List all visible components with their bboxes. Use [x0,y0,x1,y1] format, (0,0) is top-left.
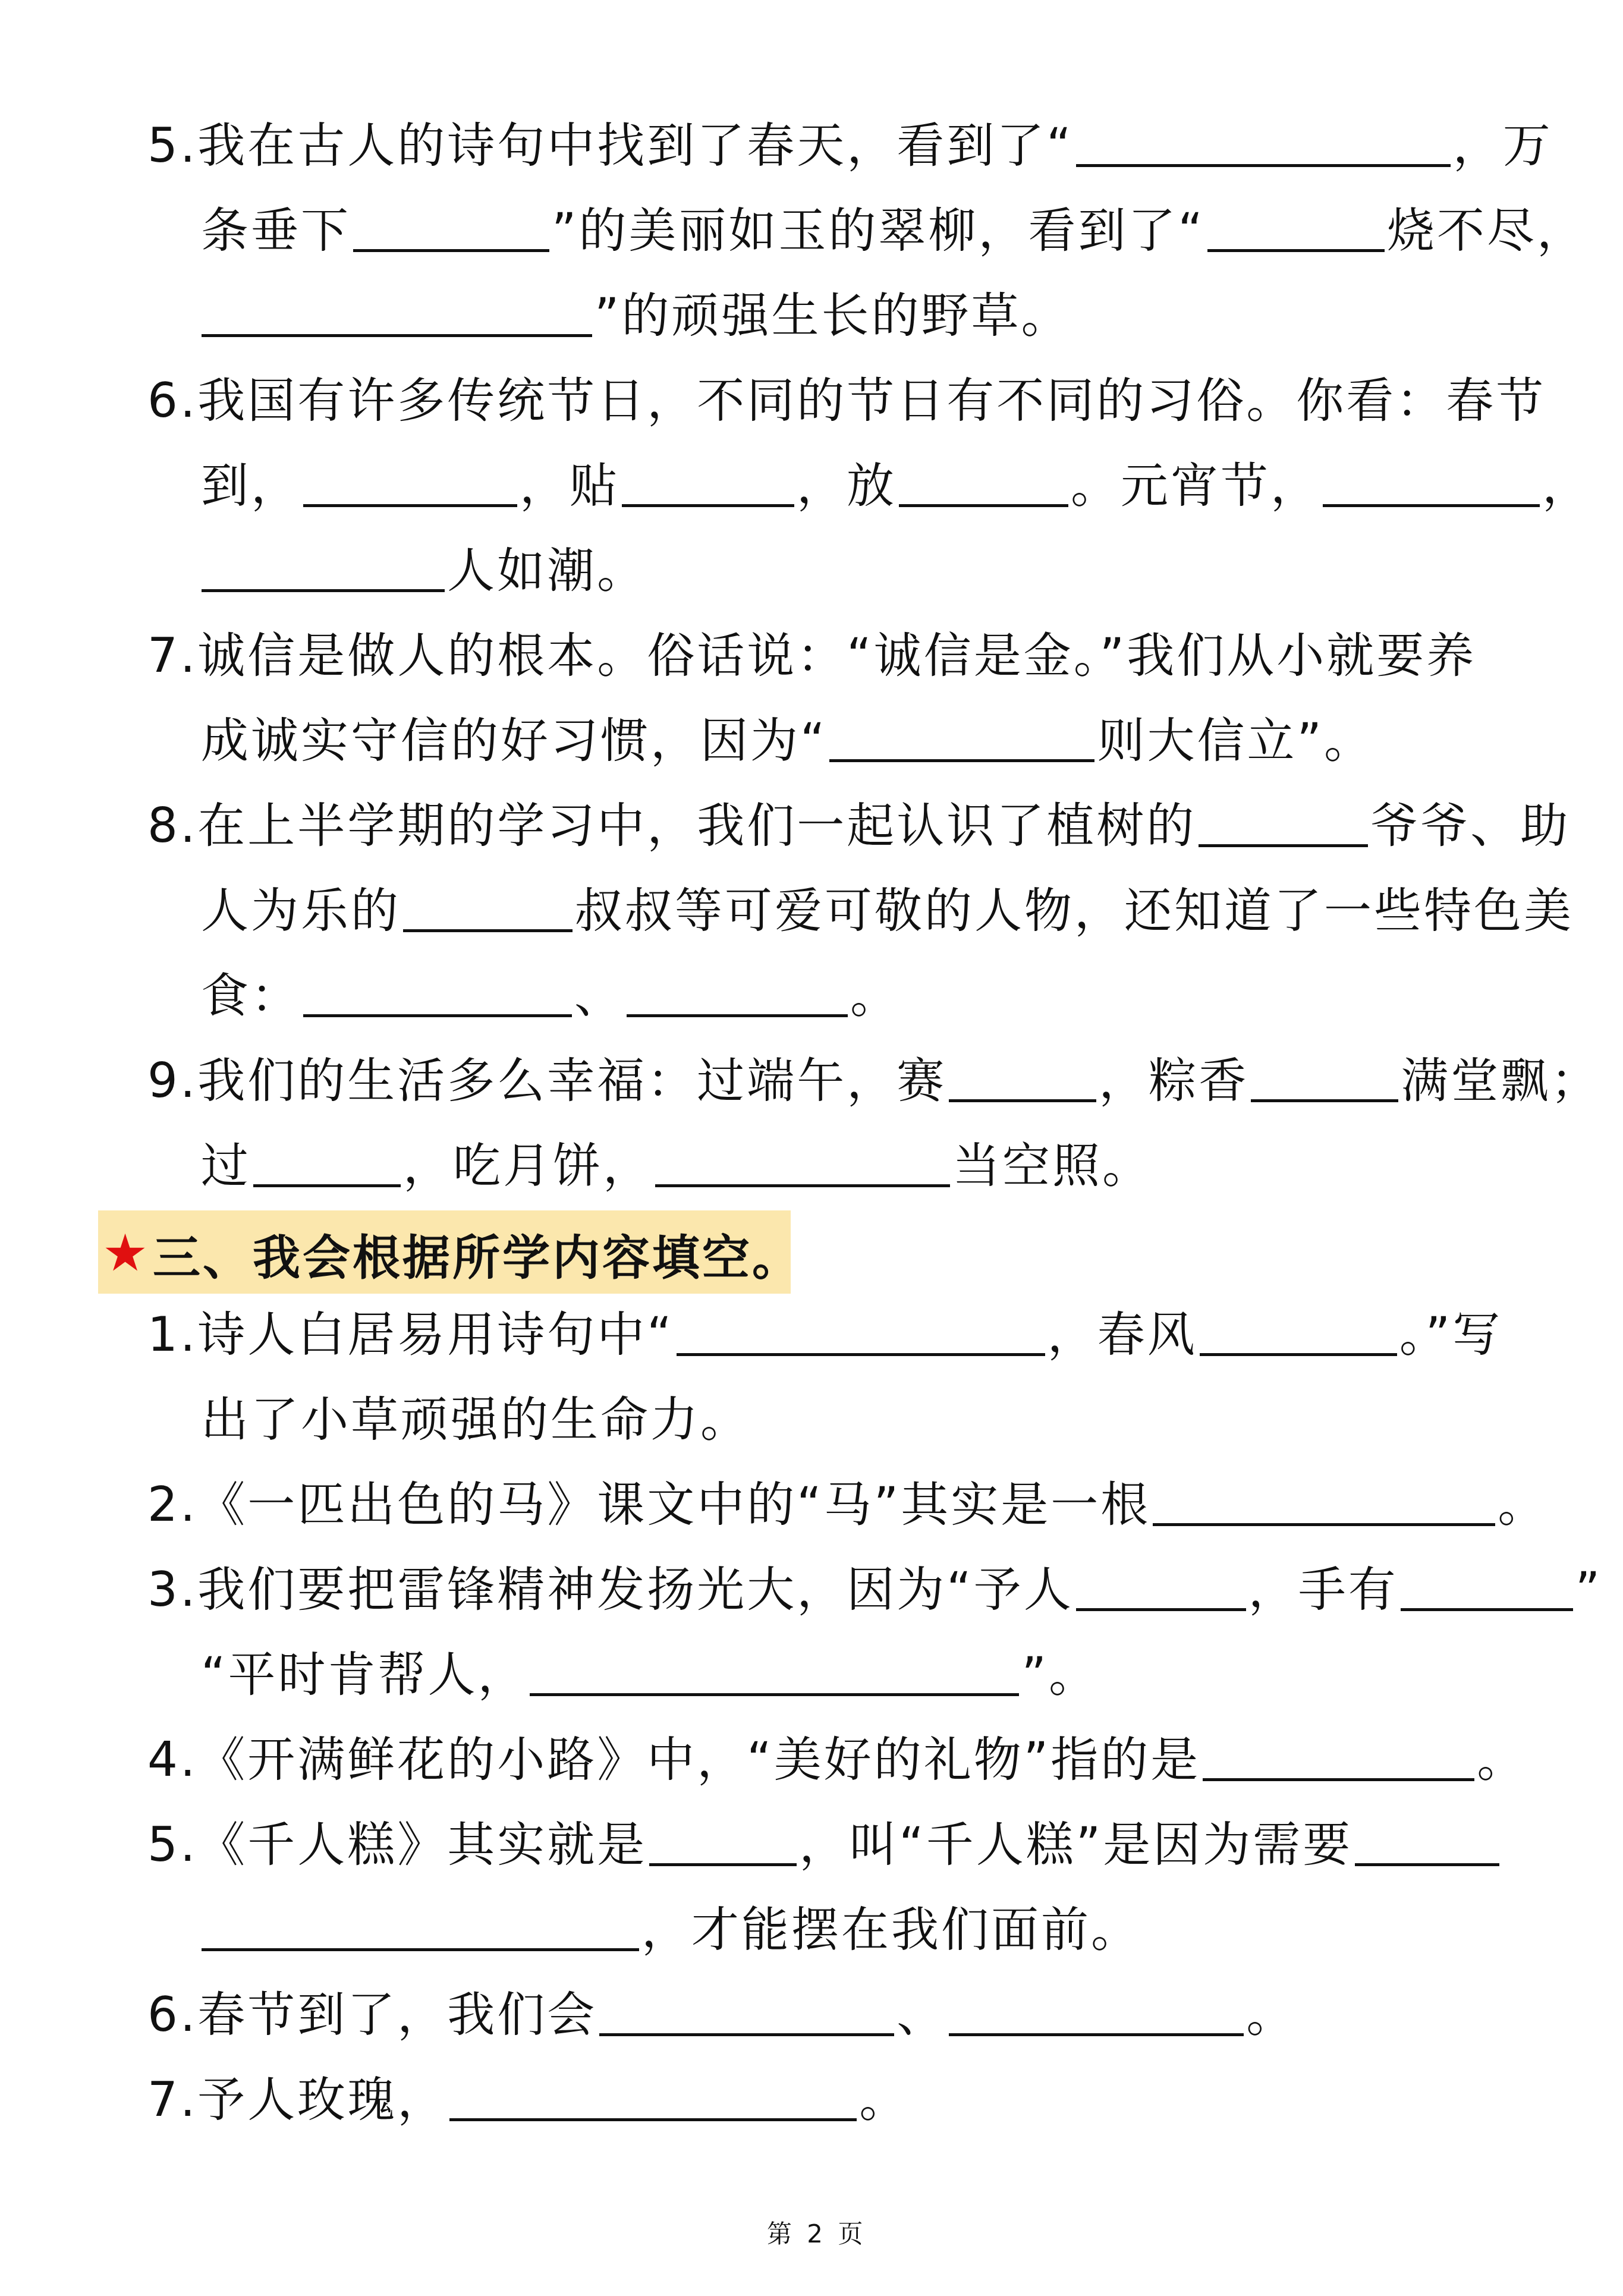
question-line-part3-5: 5.《千人糕》其实就是，叫“千人糕”是因为需要 [147,1809,1502,1874]
answer-blank[interactable] [1200,1353,1397,1356]
question-text: 当空照。 [952,1136,1152,1196]
question-line-part3-7: 7.予人玫瑰，。 [147,2064,909,2130]
answer-blank[interactable] [1203,1778,1474,1781]
question-text: 7.予人玫瑰， [147,2070,447,2130]
question-text: “平时肯帮人， [201,1645,527,1704]
question-text: 成诚实守信的好习惯，因为“ [201,711,827,770]
question-text: 食： [201,966,301,1026]
question-text: 4.《开满鲜花的小路》中，“美好的礼物”指的是 [147,1730,1200,1789]
answer-blank[interactable] [1355,1863,1499,1866]
question-text: 人为乐的 [201,881,401,941]
question-line-part3-1: 出了小草顽强的生命力。 [201,1384,750,1449]
question-text: 叔叔等可爱可敬的人物，还知道了一些特色美 [575,881,1574,941]
question-text: 。 [1498,1475,1547,1534]
question-line-part2-8: 8.在上半学期的学习中，我们一起认识了植树的爷爷、助 [147,790,1570,856]
answer-blank[interactable] [1153,1523,1495,1526]
answer-blank[interactable] [599,2033,894,2036]
answer-blank[interactable] [303,1014,572,1017]
question-line-part3-2: 2.《一匹出色的马》课文中的“马”其实是一根。 [147,1469,1547,1534]
question-text: 、 [897,1985,946,2045]
question-text: 人如潮。 [447,541,647,600]
answer-blank[interactable] [1251,1099,1398,1102]
answer-blank[interactable] [1076,1608,1246,1611]
question-text: ，贴 [520,456,619,515]
answer-blank[interactable] [622,504,794,507]
question-line-part3-4: 4.《开满鲜花的小路》中，“美好的礼物”指的是。 [147,1724,1527,1789]
question-line-part2-5: 5.我在古人的诗句中找到了春天，看到了“，万 [147,110,1553,175]
answer-blank[interactable] [627,1014,848,1017]
question-text: 6.春节到了，我们会 [147,1985,597,2045]
question-line-part2-6: 6.我国有许多传统节日，不同的节日有不同的习俗。你看：春节 [147,365,1546,430]
question-text: 。 [859,2070,909,2130]
answer-blank[interactable] [253,1184,401,1187]
question-text: 9.我们的生活多么幸福：过端午，赛 [147,1051,946,1111]
question-text: ，手有 [1248,1560,1398,1619]
answer-blank[interactable] [403,929,573,932]
question-text: ， [1542,456,1592,515]
question-text: 。 [1477,1730,1527,1789]
question-line-part2-7: 7.诚信是做人的根本。俗话说：“诚信是金。”我们从小就要养 [147,620,1476,685]
question-line-part2-6: 人如潮。 [199,535,647,600]
question-text: 则大信立”。 [1097,711,1373,770]
answer-blank[interactable] [530,1693,1019,1696]
answer-blank[interactable] [655,1184,950,1187]
answer-blank[interactable] [949,1099,1096,1102]
answer-blank[interactable] [202,589,445,592]
question-text: ，叫“千人糕”是因为需要 [799,1815,1352,1874]
question-text: 条垂下 [201,201,351,260]
question-line-part3-1: 1.诗人白居易用诗句中“，春风。”写 [147,1299,1502,1364]
question-text: 7.诚信是做人的根本。俗话说：“诚信是金。”我们从小就要养 [147,626,1476,685]
answer-blank[interactable] [1199,844,1368,847]
question-text: 。 [850,966,900,1026]
answer-blank[interactable] [202,1948,639,1951]
question-text: ，放 [797,456,897,515]
question-line-part2-5: 条垂下”的美丽如玉的翠柳，看到了“烧不尽， [201,195,1587,260]
answer-blank[interactable] [649,1863,797,1866]
question-text: 1.诗人白居易用诗句中“ [147,1305,674,1364]
answer-blank[interactable] [449,2118,857,2121]
section-title: 三、我会根据所学内容填空。 [153,1219,802,1288]
answer-blank[interactable] [1323,504,1540,507]
question-text: 过 [201,1136,251,1196]
star-icon: ★ [102,1224,150,1283]
question-text: 到， [201,456,301,515]
answer-blank[interactable] [303,504,517,507]
question-text: 烧不尽， [1387,201,1587,260]
question-text: ，粽香 [1099,1051,1248,1111]
question-line-part2-9: 9.我们的生活多么幸福：过端午，赛，粽香满堂飘； [147,1045,1600,1111]
question-text: ”的顽强生长的野草。 [595,286,1071,345]
question-line-part3-6: 6.春节到了，我们会、。 [147,1979,1296,2045]
question-text: 6.我国有许多传统节日，不同的节日有不同的习俗。你看：春节 [147,371,1546,430]
answer-blank[interactable] [829,759,1094,762]
question-text: 2.《一匹出色的马》课文中的“马”其实是一根 [147,1475,1150,1534]
page-number: 第 2 页 [767,2215,866,2250]
question-line-part3-3: 3.我们要把雷锋精神发扬光大，因为“予人，手有” [147,1554,1602,1619]
question-text: 。”写 [1399,1305,1502,1364]
question-text: ”的美丽如玉的翠柳，看到了“ [552,201,1205,260]
question-text: ”。 [1021,1645,1098,1704]
answer-blank[interactable] [1401,1608,1573,1611]
answer-blank[interactable] [353,249,549,252]
answer-blank[interactable] [202,334,592,337]
question-text: ” [1575,1560,1602,1619]
question-line-part2-5: ”的顽强生长的野草。 [199,280,1071,345]
question-text: 满堂飘； [1401,1051,1600,1111]
question-text: ，才能摆在我们面前。 [641,1900,1141,1960]
question-line-part2-9: 过，吃月饼，当空照。 [201,1130,1152,1196]
section-heading: ★ 三、我会根据所学内容填空。 [102,1218,802,1289]
answer-blank[interactable] [677,1353,1045,1356]
question-text: 。元宵节， [1071,456,1320,515]
question-text: 8.在上半学期的学习中，我们一起认识了植树的 [147,796,1196,856]
question-line-part3-5: ，才能摆在我们面前。 [199,1894,1141,1960]
question-text: 5.我在古人的诗句中找到了春天，看到了“ [147,116,1074,175]
question-text: 。 [1246,1985,1296,2045]
answer-blank[interactable] [1207,249,1385,252]
question-text: 出了小草顽强的生命力。 [201,1390,750,1449]
question-text: 、 [574,966,624,1026]
question-line-part3-3: “平时肯帮人，”。 [201,1639,1099,1704]
question-text: ，吃月饼， [403,1136,653,1196]
question-text: ，春风 [1048,1305,1197,1364]
question-text: 爷爷、助 [1370,796,1570,856]
question-line-part2-7: 成诚实守信的好习惯，因为“则大信立”。 [201,705,1374,770]
question-text: ，万 [1453,116,1553,175]
question-line-part2-8: 人为乐的叔叔等可爱可敬的人物，还知道了一些特色美 [201,875,1574,941]
question-text: 3.我们要把雷锋精神发扬光大，因为“予人 [147,1560,1074,1619]
answer-blank[interactable] [1076,164,1451,167]
question-line-part2-6: 到，，贴，放。元宵节，， [201,450,1592,515]
answer-blank[interactable] [949,2033,1244,2036]
question-line-part2-8: 食：、。 [201,960,900,1026]
question-text: 5.《千人糕》其实就是 [147,1815,647,1874]
answer-blank[interactable] [899,504,1068,507]
